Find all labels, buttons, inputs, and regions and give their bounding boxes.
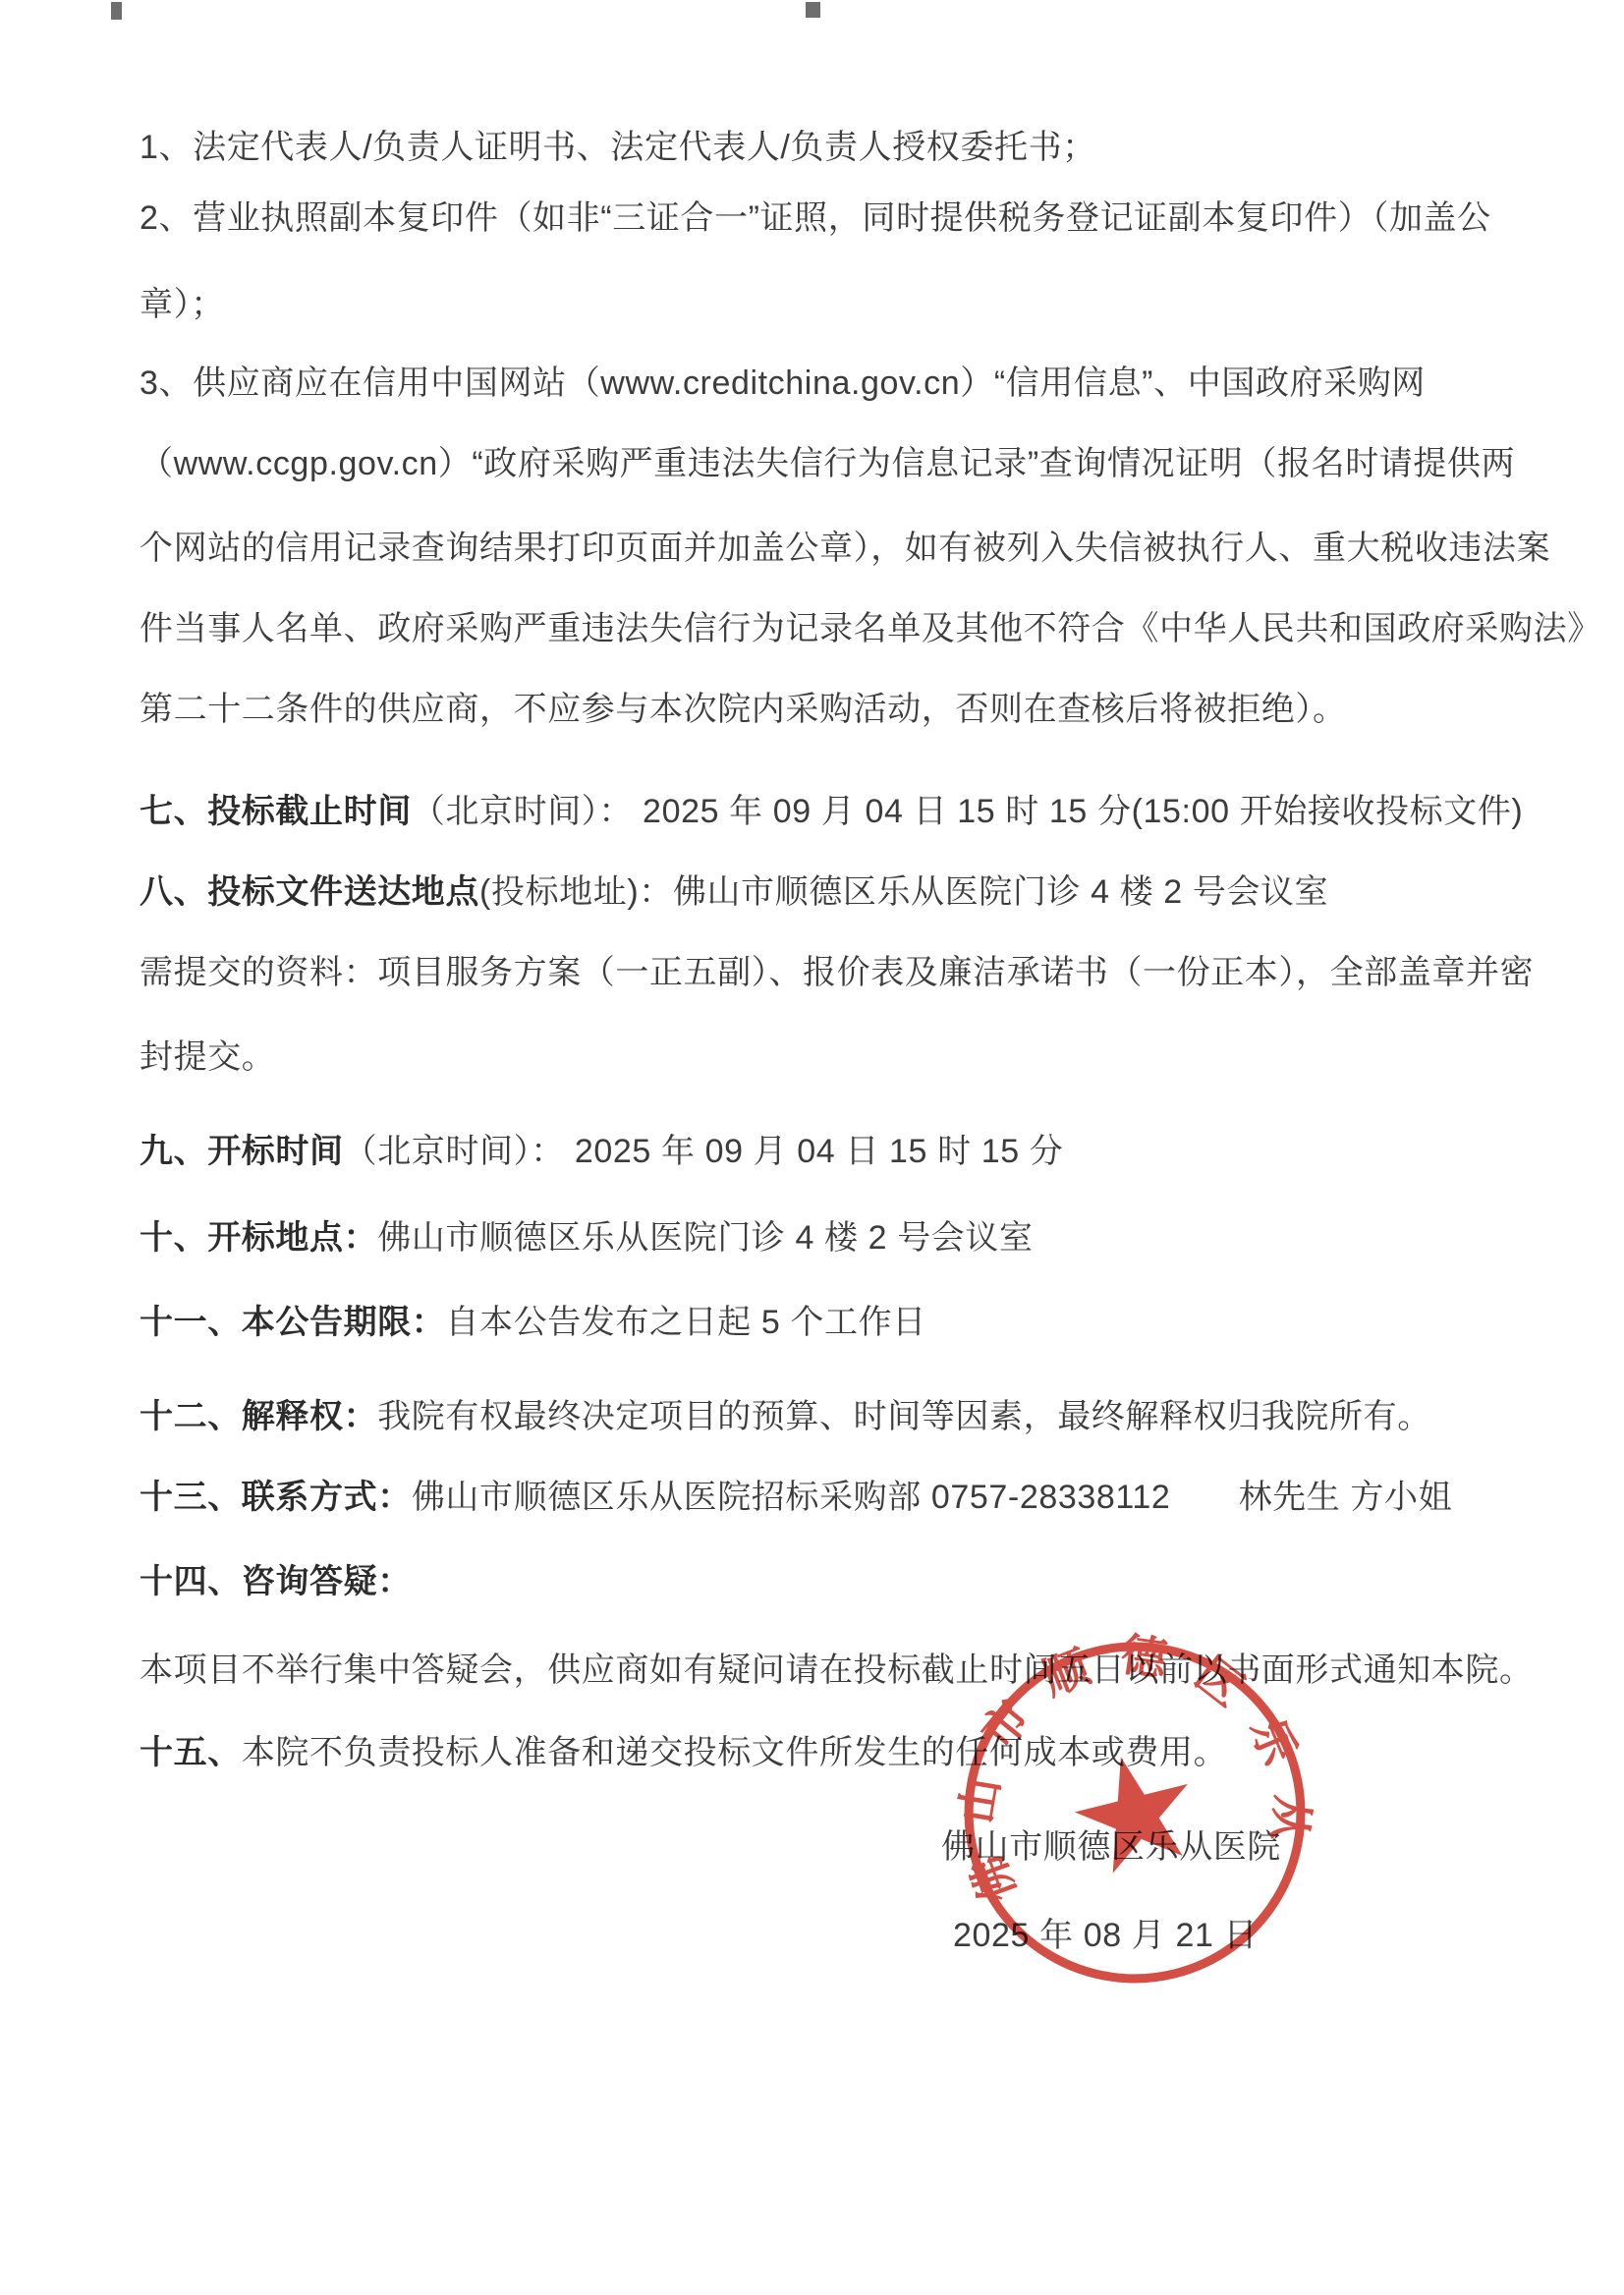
line-text: 第二十二条件的供应商，不应参与本次院内采购活动，否则在查核后将被拒绝）。 bbox=[140, 691, 1347, 728]
line-bold: 十一、本公告期限： bbox=[140, 1304, 445, 1341]
doc-line-9: 七、投标截止时间（北京时间）： 2025 年 09 月 04 日 15 时 15… bbox=[140, 792, 1523, 831]
doc-line-18: 十四、咨询答疑： bbox=[140, 1562, 412, 1601]
line-text: 个网站的信用记录查询结果打印页面并加盖公章），如有被列入失信被执行人、重大税收违… bbox=[140, 530, 1550, 567]
doc-line-2: 2、营业执照副本复印件（如非“三证合一”证照，同时提供税务登记证副本复印件）（加… bbox=[140, 198, 1491, 238]
line-bold: 十五、 bbox=[140, 1734, 242, 1771]
line-text: 1、法定代表人/负责人证明书、法定代表人/负责人授权委托书； bbox=[140, 129, 1096, 166]
line-bold: 十三、联系方式： bbox=[140, 1479, 412, 1516]
line-text: 自本公告发布之日起 5 个工作日 bbox=[445, 1304, 925, 1341]
line-bold: 七、投标截止时间 bbox=[140, 793, 412, 830]
line-text: 3、供应商应在信用中国网站（www.creditchina.gov.cn）“信用… bbox=[140, 364, 1426, 402]
line-bold: 九、开标时间 bbox=[140, 1133, 344, 1170]
line-text: （www.ccgp.gov.cn）“政府采购严重违法失信行为信息记录”查询情况证… bbox=[140, 445, 1515, 482]
doc-line-20: 十五、本院不负责投标人准备和递交投标文件所发生的任何成本或费用。 bbox=[140, 1733, 1227, 1772]
line-bold: 十、开标地点： bbox=[140, 1219, 377, 1257]
line-text: 我院有权最终决定项目的预算、时间等因素，最终解释权归我院所有。 bbox=[377, 1398, 1431, 1435]
doc-line-19: 本项目不举行集中答疑会，供应商如有疑问请在投标截止时间五日以前以书面形式通知本院… bbox=[140, 1651, 1534, 1690]
doc-line-12: 封提交。 bbox=[140, 1037, 275, 1077]
doc-line-8: 第二十二条件的供应商，不应参与本次院内采购活动，否则在查核后将被拒绝）。 bbox=[140, 690, 1347, 729]
line-text: 件当事人名单、政府采购严重违法失信行为记录名单及其他不符合《中华人民共和国政府采… bbox=[140, 610, 1601, 647]
scan-artifact bbox=[111, 2, 122, 20]
doc-line-17: 十三、联系方式：佛山市顺德区乐从医院招标采购部 0757-28338112 林先… bbox=[140, 1478, 1452, 1517]
line-text: (投标地址)：佛山市顺德区乐从医院门诊 4 楼 2 号会议室 bbox=[479, 873, 1328, 911]
line-text: 章）； bbox=[140, 286, 225, 323]
doc-line-14: 十、开标地点：佛山市顺德区乐从医院门诊 4 楼 2 号会议室 bbox=[140, 1218, 1034, 1258]
doc-line-1: 1、法定代表人/负责人证明书、法定代表人/负责人授权委托书； bbox=[140, 128, 1096, 167]
doc-line-13: 九、开标时间（北京时间）： 2025 年 09 月 04 日 15 时 15 分 bbox=[140, 1132, 1063, 1171]
line-text: （北京时间）： 2025 年 09 月 04 日 15 时 15 分(15:00… bbox=[412, 793, 1524, 830]
line-text: 本项目不举行集中答疑会，供应商如有疑问请在投标截止时间五日以前以书面形式通知本院… bbox=[140, 1651, 1534, 1689]
doc-line-15: 十一、本公告期限：自本公告发布之日起 5 个工作日 bbox=[140, 1303, 926, 1342]
line-text: 佛山市顺德区乐从医院招标采购部 0757-28338112 林先生 方小姐 bbox=[412, 1479, 1452, 1516]
line-text: 佛山市顺德区乐从医院门诊 4 楼 2 号会议室 bbox=[377, 1219, 1033, 1257]
line-bold: 八、投标文件送达地点 bbox=[140, 873, 479, 911]
doc-line-10: 八、投标文件送达地点(投标地址)：佛山市顺德区乐从医院门诊 4 楼 2 号会议室 bbox=[140, 872, 1328, 912]
line-bold: 十四、咨询答疑： bbox=[140, 1563, 412, 1600]
scanned-document-page: 1、法定代表人/负责人证明书、法定代表人/负责人授权委托书； 2、营业执照副本复… bbox=[0, 0, 1624, 2295]
doc-line-3: 章）； bbox=[140, 285, 225, 324]
line-text: 需提交的资料：项目服务方案（一正五副）、报价表及廉洁承诺书（一份正本），全部盖章… bbox=[140, 954, 1534, 991]
scan-artifact bbox=[806, 2, 820, 18]
signature-organization: 佛山市顺德区乐从医院 bbox=[941, 1819, 1281, 1868]
doc-line-7: 件当事人名单、政府采购严重违法失信行为记录名单及其他不符合《中华人民共和国政府采… bbox=[140, 609, 1601, 648]
doc-line-6: 个网站的信用记录查询结果打印页面并加盖公章），如有被列入失信被执行人、重大税收违… bbox=[140, 529, 1550, 568]
doc-line-16: 十二、解释权：我院有权最终决定项目的预算、时间等因素，最终解释权归我院所有。 bbox=[140, 1397, 1431, 1436]
line-text: 2、营业执照副本复印件（如非“三证合一”证照，同时提供税务登记证副本复印件）（加… bbox=[140, 199, 1491, 237]
line-text: 封提交。 bbox=[140, 1038, 275, 1076]
line-text: 本院不负责投标人准备和递交投标文件所发生的任何成本或费用。 bbox=[242, 1734, 1227, 1771]
doc-line-4: 3、供应商应在信用中国网站（www.creditchina.gov.cn）“信用… bbox=[140, 364, 1426, 403]
signature-date: 2025 年 08 月 21 日 bbox=[953, 1908, 1258, 1956]
line-text: （北京时间）： 2025 年 09 月 04 日 15 时 15 分 bbox=[344, 1133, 1064, 1170]
doc-line-5: （www.ccgp.gov.cn）“政府采购严重违法失信行为信息记录”查询情况证… bbox=[140, 444, 1515, 483]
line-bold: 十二、解释权： bbox=[140, 1398, 377, 1435]
doc-line-11: 需提交的资料：项目服务方案（一正五副）、报价表及廉洁承诺书（一份正本），全部盖章… bbox=[140, 953, 1534, 992]
